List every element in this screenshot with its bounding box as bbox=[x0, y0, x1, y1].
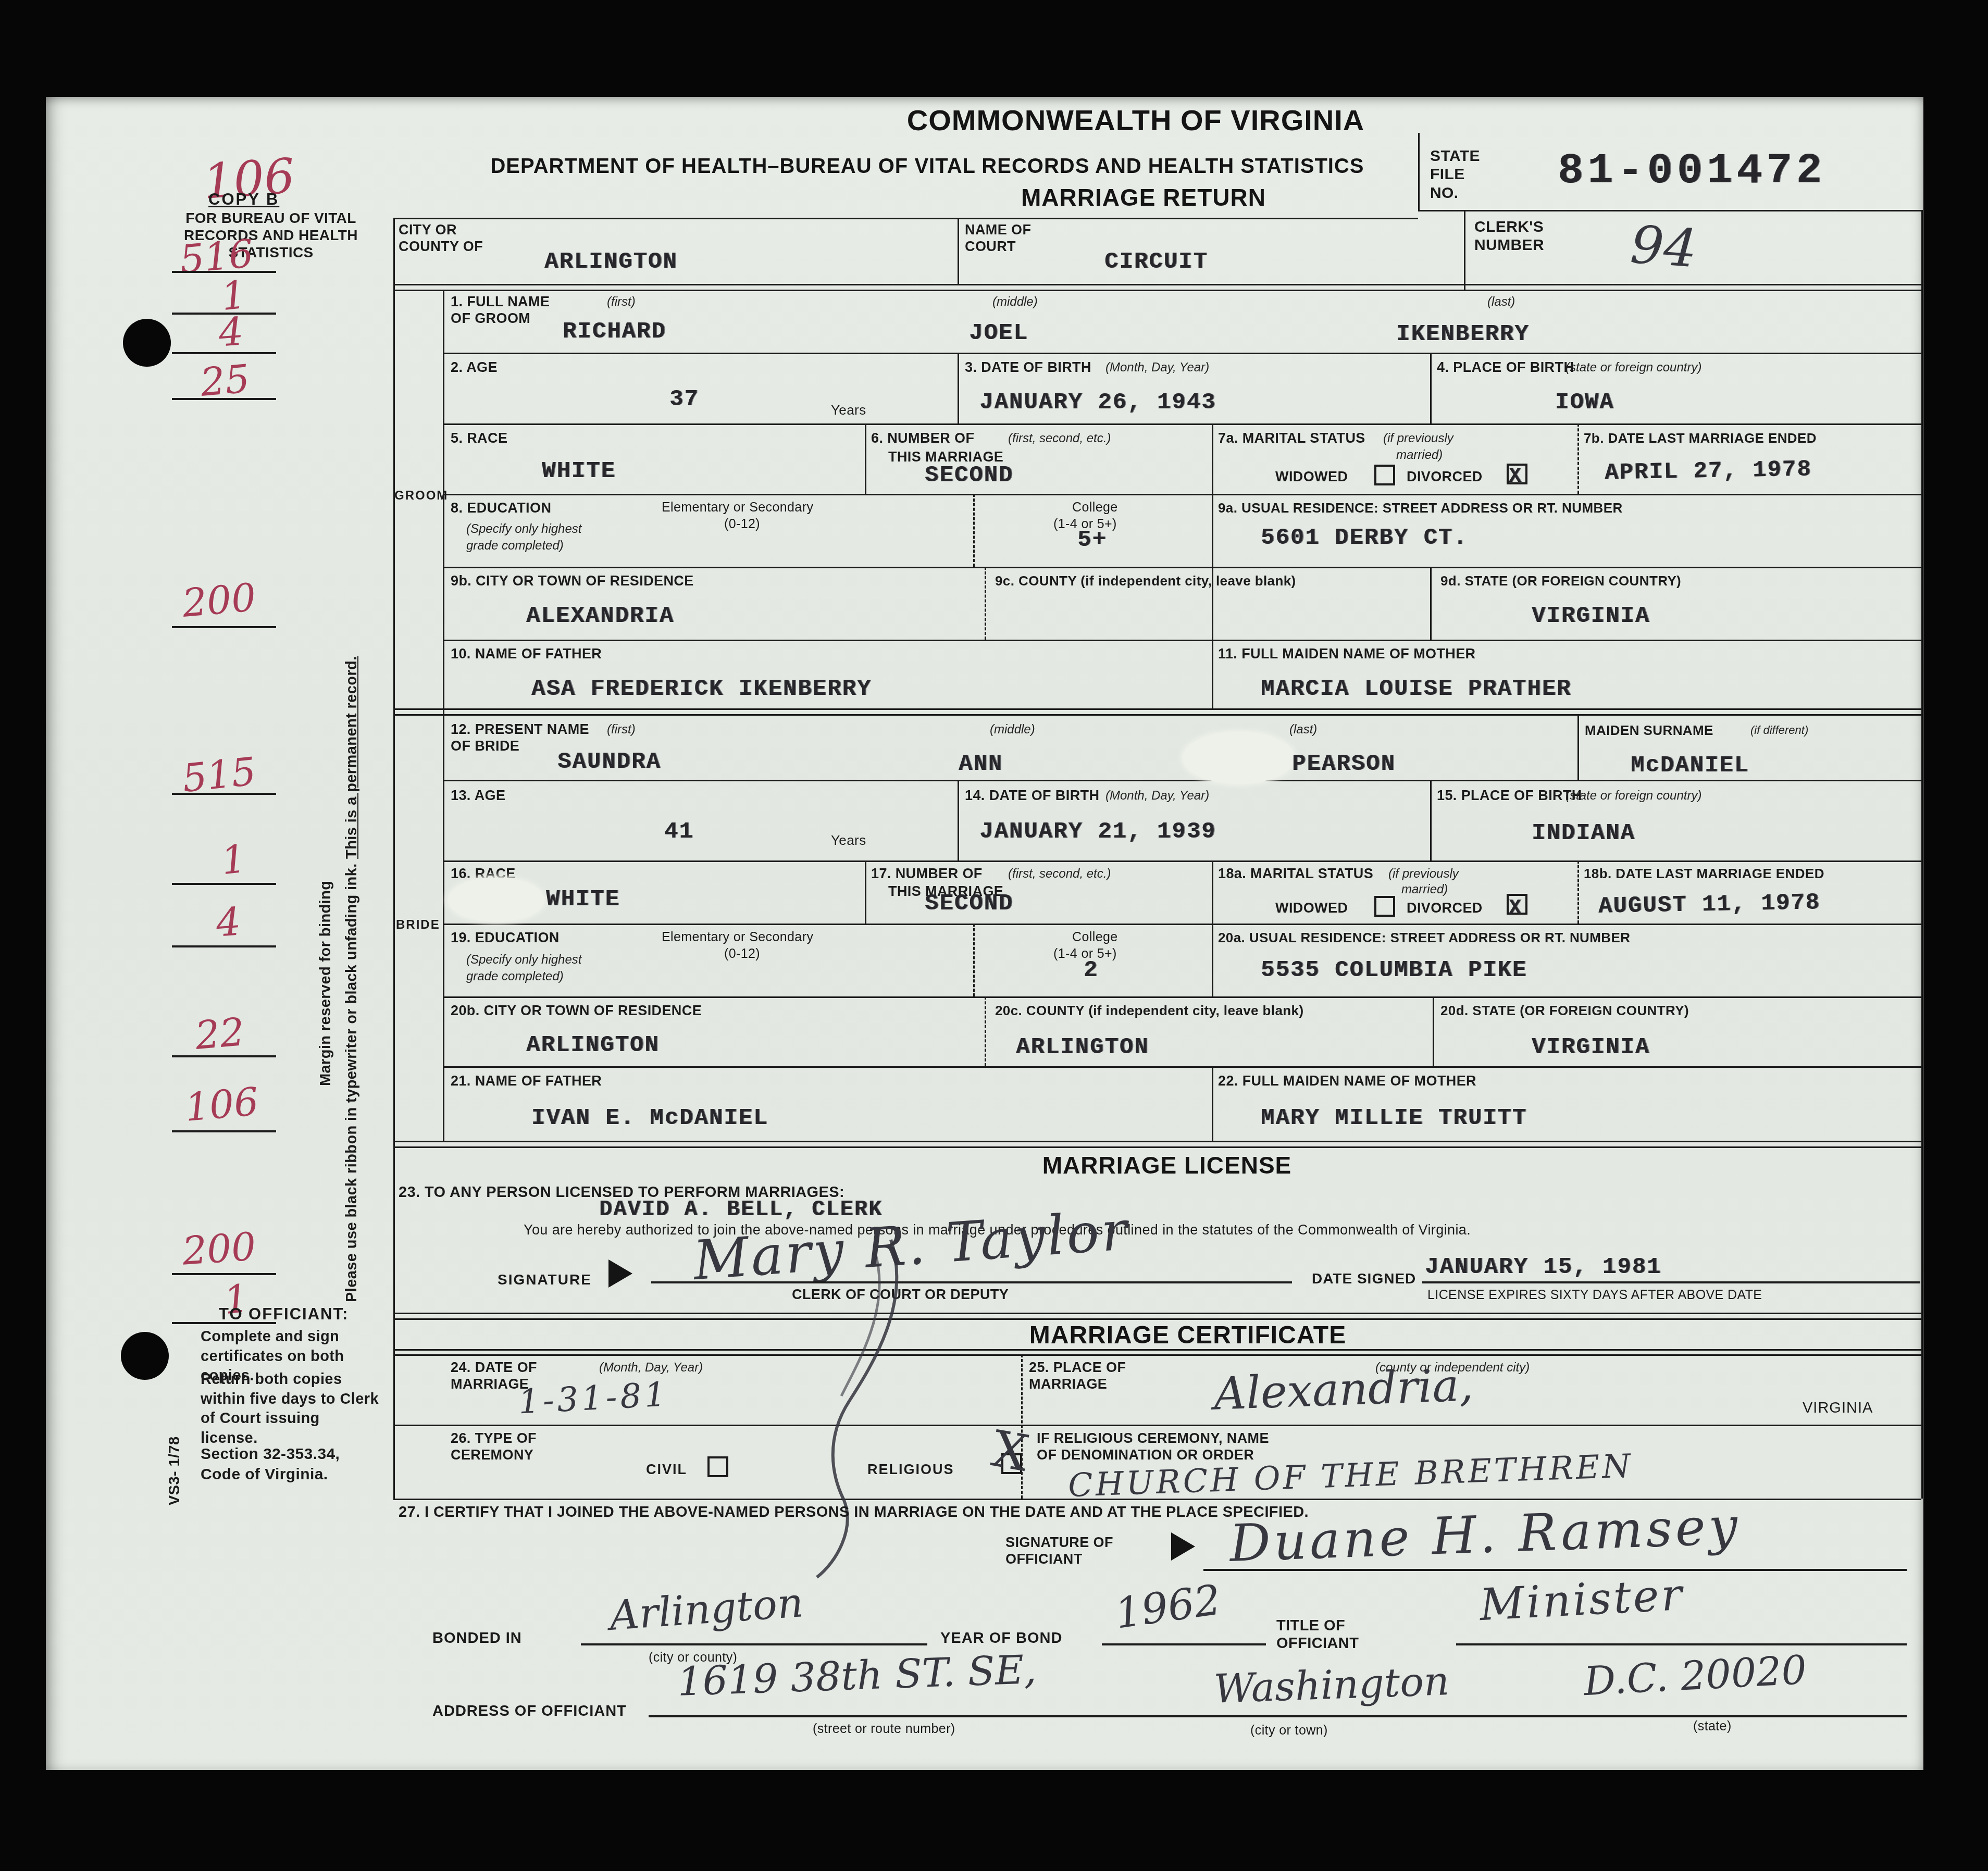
divider bbox=[393, 1354, 1921, 1356]
divider bbox=[393, 290, 1921, 291]
groom-college-years: 5+ bbox=[1077, 527, 1107, 553]
last-sublabel: (last) bbox=[1487, 295, 1515, 309]
bride-marital-label: 18a. MARITAL STATUS bbox=[1218, 866, 1373, 882]
divider bbox=[443, 996, 1921, 998]
years-label: Years bbox=[831, 832, 866, 849]
divider bbox=[393, 1318, 1921, 1320]
edu-specify-note: (Specify only highest grade completed) bbox=[466, 952, 581, 986]
divider bbox=[443, 494, 1921, 495]
bride-marriage-no: SECOND bbox=[925, 891, 1013, 917]
document-subtitle: DEPARTMENT OF HEALTH–BUREAU OF VITAL REC… bbox=[432, 155, 1422, 178]
margin-rule bbox=[172, 883, 276, 885]
groom-age: 37 bbox=[669, 386, 699, 413]
court-value: CIRCUIT bbox=[1104, 249, 1208, 275]
groom-marital-sublabel2: married) bbox=[1396, 448, 1443, 463]
whiteout-correction bbox=[448, 878, 544, 922]
divider bbox=[393, 218, 1418, 219]
bonded-line bbox=[581, 1643, 927, 1645]
bride-dob: JANUARY 21, 1939 bbox=[979, 819, 1216, 845]
groom-race-label: 5. RACE bbox=[451, 430, 507, 447]
groom-father-label: 10. NAME OF FATHER bbox=[451, 646, 602, 663]
groom-residence-label: 9a. USUAL RESIDENCE: STREET ADDRESS OR R… bbox=[1218, 500, 1623, 516]
form-code: VS3- 1/78 bbox=[166, 1436, 183, 1505]
clerks-number-label: CLERK'S NUMBER bbox=[1474, 218, 1544, 255]
margin-number: 1 bbox=[219, 837, 249, 883]
elem-secondary-label: Elementary or Secondary bbox=[662, 500, 813, 516]
divider bbox=[443, 1066, 1921, 1068]
certify-statement: 27. I CERTIFY THAT I JOINED THE ABOVE-NA… bbox=[399, 1503, 1309, 1521]
marriage-place-value: Alexandria, bbox=[1213, 1359, 1474, 1420]
margin-rule bbox=[172, 398, 276, 400]
divider bbox=[1430, 567, 1432, 640]
binding-note-text: Please use black ribbon in typewriter or… bbox=[343, 859, 360, 1302]
groom-last: IKENBERRY bbox=[1396, 321, 1530, 347]
groom-name-label: 1. FULL NAME OF GROOM bbox=[451, 294, 550, 327]
maiden-surname-label: MAIDEN SURNAME bbox=[1585, 722, 1713, 739]
widowed-label: WIDOWED bbox=[1275, 469, 1348, 485]
city-county-label: CITY OR COUNTY OF bbox=[399, 222, 483, 255]
officiant-note: Return both copies within five days to C… bbox=[201, 1370, 380, 1449]
city-county-value: ARLINGTON bbox=[544, 249, 678, 275]
divider bbox=[1430, 780, 1432, 860]
margin-number: 4 bbox=[217, 309, 245, 355]
state-file-number: 81-001472 bbox=[1558, 147, 1826, 195]
whiteout-correction bbox=[1183, 732, 1295, 784]
marriage-date-value: 1-31-81 bbox=[517, 1375, 669, 1421]
divider bbox=[443, 640, 1921, 641]
groom-marital-label: 7a. MARITAL STATUS bbox=[1218, 430, 1365, 447]
divorced-check-mark: X bbox=[1509, 465, 1522, 489]
binding-note-underlined: This is a permanent record. bbox=[343, 656, 360, 859]
bride-middle: ANN bbox=[959, 751, 1003, 777]
groom-marriage-no-label: 6. NUMBER OF bbox=[871, 430, 974, 447]
margin-rule bbox=[172, 352, 276, 354]
widowed-checkbox bbox=[1374, 465, 1395, 485]
civil-checkbox bbox=[707, 1456, 728, 1477]
bride-mother-label: 22. FULL MAIDEN NAME OF MOTHER bbox=[1218, 1073, 1476, 1090]
divider bbox=[1212, 1066, 1213, 1141]
bride-maiden: McDANIEL bbox=[1631, 753, 1749, 779]
groom-state-label: 9d. STATE (OR FOREIGN COUNTRY) bbox=[1440, 573, 1681, 589]
divider bbox=[865, 423, 866, 494]
groom-section-label: GROOM bbox=[394, 489, 448, 503]
college-label: College bbox=[1072, 500, 1118, 516]
groom-age-label: 2. AGE bbox=[451, 359, 498, 376]
to-officiant-heading: TO OFFICIANT: bbox=[219, 1305, 349, 1324]
form-right-border bbox=[1921, 210, 1923, 1499]
officiant-signature-label: SIGNATURE OF OFFICIANT bbox=[1005, 1535, 1113, 1568]
groom-father: ASA FREDERICK IKENBERRY bbox=[531, 676, 872, 702]
groom-pob-sublabel: (state or foreign country) bbox=[1565, 360, 1701, 375]
divorced-check-mark: X bbox=[1509, 897, 1522, 920]
bride-father: IVAN E. McDANIEL bbox=[531, 1105, 768, 1131]
groom-mother: MARCIA LOUISE PRATHER bbox=[1261, 676, 1572, 702]
bride-last: PEARSON bbox=[1292, 751, 1396, 777]
groom-city: ALEXANDRIA bbox=[526, 603, 674, 629]
groom-first: RICHARD bbox=[563, 319, 666, 345]
bride-residence: 5535 COLUMBIA PIKE bbox=[1261, 957, 1527, 983]
divider bbox=[985, 996, 986, 1066]
divider bbox=[1430, 353, 1432, 423]
divider bbox=[393, 1141, 1921, 1142]
bride-pob-label: 15. PLACE OF BIRTH bbox=[1437, 788, 1582, 804]
title-line bbox=[1456, 1643, 1907, 1645]
bride-pob: INDIANA bbox=[1532, 820, 1635, 846]
form-name: MARRIAGE RETURN bbox=[998, 183, 1289, 211]
punch-hole bbox=[121, 1332, 169, 1380]
divider bbox=[1577, 423, 1579, 494]
divorced-label: DIVORCED bbox=[1407, 900, 1483, 917]
divider bbox=[443, 924, 1921, 925]
groom-city-label: 9b. CITY OR TOWN OF RESIDENCE bbox=[451, 573, 694, 590]
bride-county: ARLINGTON bbox=[1016, 1034, 1149, 1061]
divider bbox=[1212, 860, 1213, 996]
groom-education-label: 8. EDUCATION bbox=[451, 500, 551, 517]
pen-flourish bbox=[719, 1229, 979, 1583]
state-sublabel: (state) bbox=[1693, 1719, 1732, 1735]
date-signed-label: DATE SIGNED bbox=[1312, 1270, 1416, 1287]
place-state-label: VIRGINIA bbox=[1803, 1399, 1873, 1417]
groom-ended: APRIL 27, 1978 bbox=[1605, 457, 1812, 487]
maiden-surname-sublabel: (if different) bbox=[1750, 724, 1808, 737]
elem-secondary-sublabel: (0-12) bbox=[724, 517, 760, 532]
bride-pob-sublabel: (state or foreign country) bbox=[1565, 789, 1701, 803]
signature-arrow-icon bbox=[1171, 1532, 1195, 1561]
margin-number: 200 bbox=[181, 575, 258, 626]
address-line bbox=[649, 1715, 1907, 1717]
bride-mother: MARY MILLIE TRUITT bbox=[1261, 1105, 1527, 1131]
divider bbox=[865, 860, 866, 924]
divider bbox=[393, 284, 1921, 285]
elem-secondary-sublabel: (0-12) bbox=[724, 946, 760, 962]
clerks-number-value: 94 bbox=[1629, 214, 1699, 280]
bride-marriage-no-sublabel: (first, second, etc.) bbox=[1008, 867, 1111, 881]
civil-label: CIVIL bbox=[646, 1462, 687, 1478]
marriage-date-sublabel: (Month, Day, Year) bbox=[599, 1361, 703, 1375]
divider bbox=[973, 494, 975, 567]
groom-pob: IOWA bbox=[1555, 390, 1614, 416]
date-signed-line bbox=[1422, 1281, 1920, 1283]
divider bbox=[393, 1425, 1921, 1426]
city-sublabel: (city or town) bbox=[1250, 1723, 1328, 1739]
divider bbox=[958, 218, 959, 284]
divider bbox=[973, 924, 975, 996]
title-of-officiant-value: Minister bbox=[1478, 1569, 1685, 1630]
bride-residence-label: 20a. USUAL RESIDENCE: STREET ADDRESS OR … bbox=[1218, 930, 1630, 946]
groom-mother-label: 11. FULL MAIDEN NAME OF MOTHER bbox=[1218, 646, 1476, 663]
binding-note: Please use black ribbon in typewriter or… bbox=[343, 656, 361, 1302]
groom-pob-label: 4. PLACE OF BIRTH bbox=[1437, 359, 1574, 376]
copy-label: COPY B bbox=[208, 190, 279, 209]
punch-hole bbox=[123, 319, 171, 367]
groom-state: VIRGINIA bbox=[1532, 603, 1650, 629]
groom-marriage-no: SECOND bbox=[925, 463, 1013, 489]
denomination-label: IF RELIGIOUS CEREMONY, NAME OF DENOMINAT… bbox=[1037, 1430, 1269, 1464]
bride-race: WHITE bbox=[546, 887, 620, 913]
divider bbox=[1464, 210, 1465, 290]
license-expires-note: LICENSE EXPIRES SIXTY DAYS AFTER ABOVE D… bbox=[1427, 1288, 1762, 1303]
religious-label: RELIGIOUS bbox=[867, 1462, 954, 1478]
divider bbox=[1212, 423, 1213, 708]
bride-education-label: 19. EDUCATION bbox=[451, 930, 560, 946]
groom-dob: JANUARY 26, 1943 bbox=[979, 390, 1216, 416]
years-label: Years bbox=[831, 402, 866, 418]
bride-city-label: 20b. CITY OR TOWN OF RESIDENCE bbox=[451, 1003, 702, 1019]
groom-marital-sublabel: (if previously bbox=[1383, 431, 1453, 446]
widowed-checkbox bbox=[1374, 896, 1395, 917]
margin-rule bbox=[172, 626, 276, 628]
divider bbox=[443, 780, 1921, 781]
divider bbox=[958, 353, 959, 423]
bride-age: 41 bbox=[664, 819, 694, 845]
bride-section-label: BRIDE bbox=[396, 918, 440, 932]
margin-number: 200 bbox=[181, 1224, 257, 1274]
certificate-heading: MARRIAGE CERTIFICATE bbox=[953, 1321, 1422, 1350]
groom-county-label: 9c. COUNTY (if independent city, leave b… bbox=[995, 573, 1296, 589]
divider bbox=[1577, 714, 1579, 780]
date-signed-value: JANUARY 15, 1981 bbox=[1425, 1254, 1661, 1280]
divider bbox=[443, 567, 1921, 568]
bride-state-label: 20d. STATE (OR FOREIGN COUNTRY) bbox=[1440, 1003, 1689, 1019]
first-sublabel: (first) bbox=[607, 722, 636, 737]
bride-ended: AUGUST 11, 1978 bbox=[1598, 890, 1821, 919]
groom-dob-sublabel: (Month, Day, Year) bbox=[1105, 360, 1209, 375]
binding-note: Margin reserved for binding bbox=[317, 881, 334, 1086]
divider bbox=[393, 708, 1921, 710]
margin-rule bbox=[172, 1055, 276, 1057]
divider bbox=[393, 714, 1921, 716]
margin-number: 4 bbox=[215, 899, 242, 945]
groom-ended-label: 7b. DATE LAST MARRIAGE ENDED bbox=[1584, 430, 1817, 446]
widowed-label: WIDOWED bbox=[1275, 900, 1348, 917]
bride-college-years: 2 bbox=[1084, 957, 1098, 983]
officiant-signature-line bbox=[1203, 1569, 1907, 1571]
groom-residence: 5601 DERBY CT. bbox=[1261, 525, 1468, 551]
court-label: NAME OF COURT bbox=[965, 222, 1031, 255]
bride-marital-sublabel2: married) bbox=[1401, 882, 1448, 897]
margin-number: 22 bbox=[193, 1009, 246, 1058]
bride-dob-label: 14. DATE OF BIRTH bbox=[965, 788, 1099, 804]
signature-arrow-icon bbox=[608, 1259, 632, 1288]
document-title: COMMONWEALTH OF VIRGINIA bbox=[906, 103, 1365, 137]
divider bbox=[1418, 210, 1922, 211]
form-left-border bbox=[393, 218, 395, 1499]
divider bbox=[393, 1146, 1921, 1148]
elem-secondary-label: Elementary or Secondary bbox=[662, 930, 813, 945]
margin-rule bbox=[172, 945, 276, 947]
margin-rule bbox=[172, 793, 276, 795]
bride-county-label: 20c. COUNTY (if independent city, leave … bbox=[995, 1003, 1303, 1019]
code-reference: Section 32-353.34, Code of Virginia. bbox=[201, 1444, 388, 1485]
bride-first: SAUNDRA bbox=[557, 749, 661, 775]
groom-middle: JOEL bbox=[969, 320, 1028, 346]
year-line bbox=[1102, 1643, 1266, 1645]
margin-rule bbox=[172, 271, 276, 273]
groom-dob-label: 3. DATE OF BIRTH bbox=[965, 359, 1091, 376]
divider bbox=[1433, 996, 1434, 1066]
license-heading: MARRIAGE LICENSE bbox=[985, 1151, 1349, 1179]
groom-marriage-no-sublabel: (first, second, etc.) bbox=[1008, 431, 1111, 446]
bride-dob-sublabel: (Month, Day, Year) bbox=[1105, 789, 1209, 803]
last-sublabel: (last) bbox=[1289, 722, 1317, 737]
divider bbox=[443, 423, 1921, 425]
middle-sublabel: (middle) bbox=[992, 295, 1038, 309]
divider bbox=[985, 567, 986, 640]
ceremony-type-label: 26. TYPE OF CEREMONY bbox=[451, 1430, 537, 1464]
middle-sublabel: (middle) bbox=[990, 722, 1035, 737]
marriage-place-label: 25. PLACE OF MARRIAGE bbox=[1029, 1359, 1126, 1393]
bride-ended-label: 18b. DATE LAST MARRIAGE ENDED bbox=[1584, 866, 1824, 882]
state-file-label: STATE FILE NO. bbox=[1430, 147, 1480, 202]
address-of-officiant-label: ADDRESS OF OFFICIANT bbox=[432, 1702, 627, 1720]
address-city-value: Washington bbox=[1213, 1657, 1450, 1712]
bride-marriage-no-label: 17. NUMBER OF bbox=[871, 866, 983, 882]
groom-race: WHITE bbox=[542, 458, 616, 484]
first-sublabel: (first) bbox=[607, 295, 636, 309]
bride-age-label: 13. AGE bbox=[451, 788, 505, 804]
margin-rule bbox=[172, 1273, 276, 1275]
divider bbox=[1577, 860, 1579, 924]
scanned-marriage-return: 106 COPY B FOR BUREAU OF VITAL RECORDS A… bbox=[0, 0, 1988, 1871]
divider bbox=[443, 860, 1921, 862]
divider bbox=[393, 1313, 1921, 1314]
margin-number: 106 bbox=[183, 1079, 260, 1130]
divorced-label: DIVORCED bbox=[1407, 469, 1483, 485]
college-label: College bbox=[1072, 930, 1118, 945]
bride-marital-sublabel: (if previously bbox=[1388, 867, 1459, 881]
signature-label: SIGNATURE bbox=[498, 1271, 592, 1288]
year-of-bond-label: YEAR OF BOND bbox=[940, 1629, 1062, 1647]
bride-father-label: 21. NAME OF FATHER bbox=[451, 1073, 602, 1090]
divider bbox=[958, 780, 959, 860]
margin-rule bbox=[172, 1130, 276, 1132]
title-of-officiant-label: TITLE OF OFFICIANT bbox=[1276, 1617, 1359, 1652]
edu-specify-note: (Specify only highest grade completed) bbox=[466, 521, 581, 555]
bride-state: VIRGINIA bbox=[1532, 1034, 1650, 1061]
divider bbox=[443, 353, 1921, 354]
street-sublabel: (street or route number) bbox=[813, 1722, 955, 1737]
bonded-in-label: BONDED IN bbox=[432, 1629, 522, 1647]
divider bbox=[1418, 133, 1420, 210]
bride-city: ARLINGTON bbox=[526, 1032, 660, 1058]
